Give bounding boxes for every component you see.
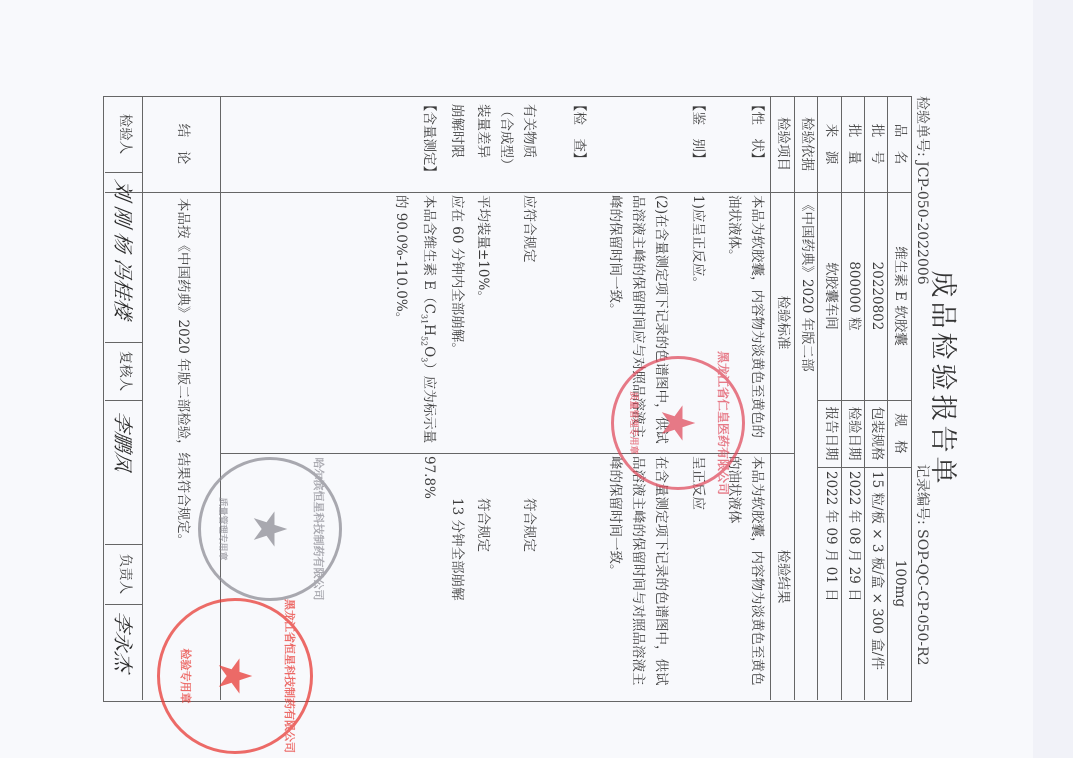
item-label-appearance: 【性 状】 [745,98,768,190]
inspection-report-page: 成品检验报告单 检验单号: JCP-050-2022006 记录编号: SOP-… [0,0,1073,758]
item-label-related-substances-type: （合成型） [494,104,517,190]
report-date-label: 报告日期 [819,400,842,467]
manager-signature: 李永杰 [110,610,139,704]
inspection-number-label: 检验单号: [914,96,930,157]
inspection-number-value: JCP-050-2022006 [914,161,930,285]
col-header-standard: 检验标准 [771,192,794,453]
item-standard-disintegration: 应在 60 分钟内全部崩解。 [445,195,468,450]
gray-seal-stamp: ★ 哈尔滨恒星科技制药有限公司 质量管理专用章 [198,457,342,601]
reviewer-signature: 李鹏凤 [110,410,139,544]
source-label: 来 源 [819,96,842,192]
item-label-assay: 【含量测定】 [417,98,440,190]
report-date-value: 2022 年 09 月 01 日 [819,471,842,700]
red-seal-stamp-top: ★ 黑龙江省仁皇医药有限公司 质量管理专用章 [611,356,745,490]
record-number: 记录编号: SOP-QC-CP-050-R2 [913,464,933,666]
item-result-identification-2: 在含量测定项下记录的色谱图中，供试品溶液主峰的保留时间与对照品溶液主峰的保留时间… [603,456,672,696]
basis-label: 检验依据 [795,96,818,192]
packaging-value: 15 粒/板 × 3 板/盒 × 300 盒/件 [865,471,888,700]
test-date-label: 检验日期 [842,400,865,467]
col-header-result: 检验结果 [771,453,794,700]
inspector-signature: 刘 刚 杨 冯桂楼 [110,178,139,342]
batch-qty-value: 800000 粒 [842,192,865,400]
product-name-value: 维生素 E 软胶囊 [888,192,911,400]
product-name-label: 品 名 [888,96,911,192]
manager-label: 负责人 [113,544,136,604]
item-standard-related-substances: 应符合规定 [517,195,540,450]
star-icon: ★ [247,508,293,549]
batch-qty-label: 批 量 [842,96,865,192]
reviewer-label: 复核人 [113,342,136,400]
star-icon: ★ [212,655,258,696]
item-label-fill-variation: 装量差异 [471,104,494,190]
item-result-assay: 97.8% [417,456,440,696]
item-result-fill-variation: 符合规定 [471,498,494,698]
star-icon: ★ [655,402,701,443]
test-date-value: 2022 年 08 月 29 日 [842,471,865,700]
batch-no-label: 批 号 [865,96,888,192]
col-header-item: 检验项目 [771,96,794,192]
spec-value: 100mg [888,467,911,700]
item-result-related-substances: 符合规定 [517,498,540,698]
item-label-disintegration: 崩解时限 [445,104,468,190]
record-number-label: 记录编号: [914,464,930,525]
red-seal-stamp-bottom: ★ 黑龙江省恒星科技制药有限公司 检验专用章 [157,598,313,754]
inspection-number: 检验单号: JCP-050-2022006 [913,96,933,285]
batch-no-value: 20220802 [865,192,888,400]
item-result-disintegration: 13 分钟全部崩解 [445,498,468,698]
item-label-related-substances: 有关物质 [517,104,540,190]
record-number-value: SOP-QC-CP-050-R2 [914,529,930,665]
source-value: 软胶囊车间 [819,192,842,400]
item-label-identification: 【鉴 别】 [686,98,709,190]
basis-value: 《中国药典》2020 年版二部 [795,192,818,706]
item-result-identification-1: 呈正反应 [686,456,709,696]
spec-label: 规 格 [888,400,911,467]
scan-edge [1033,0,1073,758]
conclusion-label: 结 论 [171,96,194,192]
item-label-tests: 【检 查】 [567,98,590,190]
item-standard-fill-variation: 平均装量±10%。 [471,195,494,450]
packaging-label: 包装规格 [865,400,888,467]
inspector-label: 检验人 [113,96,136,172]
item-standard-assay: 本品含维生素 E（C31H52O3）应为标示量的 90.0%-110.0%。 [389,195,440,450]
